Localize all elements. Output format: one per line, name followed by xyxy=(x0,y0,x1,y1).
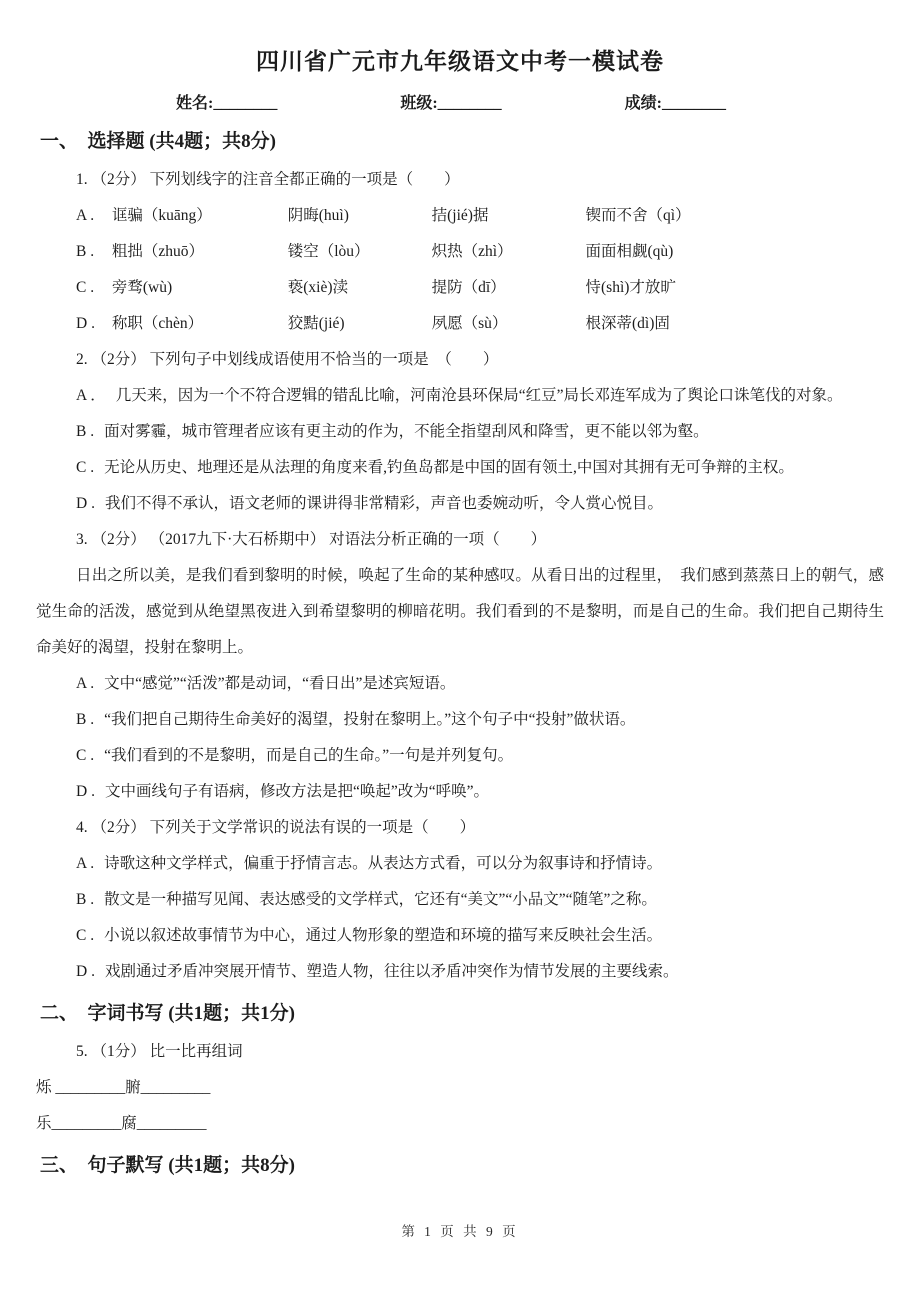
pinyin-item: 根深蒂(dì)固 xyxy=(586,306,670,342)
q4-option-c: C .小说以叙述故事情节为中心，通过人物形象的塑造和环境的描写来反映社会生活。 xyxy=(36,918,884,954)
option-letter: D . xyxy=(76,306,108,342)
pinyin-item: 粗拙（zhuō） xyxy=(112,234,284,270)
question-3-passage: 日出之所以美，是我们看到黎明的时候，唤起了生命的某种感叹。从看日出的过程里， 我… xyxy=(36,558,884,666)
question-1-stem: 1. （2分） 下列划线字的注音全都正确的一项是（ ） xyxy=(36,162,884,198)
q1-option-row-d: D . 称职（chèn） 狡黠(jié) 夙愿（sù） 根深蒂(dì)固 xyxy=(36,306,884,342)
score-field: 成绩:________ xyxy=(625,90,726,118)
pinyin-item: 锲而不舍（qì） xyxy=(586,198,691,234)
question-5-stem: 5. （1分） 比一比再组词 xyxy=(36,1034,884,1070)
section-2-heading: 二、 字词书写 (共1题；共1分) xyxy=(40,994,884,1034)
option-letter: D . xyxy=(76,783,95,800)
option-text: 散文是一种描写见闻、表达感受的文学样式，它还有“美文”“小品文”“随笔”之称。 xyxy=(104,891,657,908)
option-letter: A . xyxy=(76,855,94,872)
option-letter: B . xyxy=(76,711,94,728)
option-text: 我们不得不承认，语文老师的课讲得非常精彩，声音也委婉动听，令人赏心悦目。 xyxy=(105,495,663,512)
pinyin-item: 诓骗（kuāng） xyxy=(112,198,284,234)
section-3-heading: 三、 句子默写 (共1题；共8分) xyxy=(40,1146,884,1186)
option-letter: D . xyxy=(76,963,95,980)
option-letter: D . xyxy=(76,495,95,512)
pinyin-item: 面面相觑(qù) xyxy=(586,234,674,270)
option-letter: A ． xyxy=(76,387,106,404)
option-text: 无论从历史、地理还是从法理的角度来看,钓鱼岛都是中国的固有领土,中国对其拥有无可… xyxy=(104,459,794,476)
footer-page-indicator: 第 1 页 共 9 页 xyxy=(0,1220,920,1240)
option-letter: B . xyxy=(76,891,94,908)
q2-option-d: D .我们不得不承认，语文老师的课讲得非常精彩，声音也委婉动听，令人赏心悦目。 xyxy=(36,486,884,522)
exam-paper-page: 四川省广元市九年级语文中考一模试卷 姓名:________ 班级:_______… xyxy=(0,0,920,1302)
q2-option-c: C .无论从历史、地理还是从法理的角度来看,钓鱼岛都是中国的固有领土,中国对其拥… xyxy=(36,450,884,486)
q2-option-b: B .面对雾霾，城市管理者应该有更主动的作为，不能全指望刮风和降雪，更不能以邻为… xyxy=(36,414,884,450)
q1-option-row-b: B . 粗拙（zhuō） 镂空（lòu） 炽热（zhì） 面面相觑(qù) xyxy=(36,234,884,270)
question-2-stem: 2. （2分） 下列句子中划线成语使用不恰当的一项是 （ ） xyxy=(36,342,884,378)
option-text: 几天来，因为一个不符合逻辑的错乱比喻，河南沧县环保局“红豆”局长邓连军成为了舆论… xyxy=(116,387,843,404)
pinyin-item: 拮(jié)据 xyxy=(432,198,582,234)
q1-option-row-a: A . 诓骗（kuāng） 阴晦(huì) 拮(jié)据 锲而不舍（qì） xyxy=(36,198,884,234)
student-info-row: 姓名:________ 班级:________ 成绩:________ xyxy=(36,80,884,118)
q3-option-d: D .文中画线句子有语病，修改方法是把“唤起”改为“呼唤”。 xyxy=(36,774,884,810)
option-letter: A . xyxy=(76,198,108,234)
q1-option-row-c: C . 旁骛(wù) 亵(xiè)渎 提防（dī） 恃(shì)才放旷 xyxy=(36,270,884,306)
option-letter: C . xyxy=(76,747,94,764)
pinyin-item: 旁骛(wù) xyxy=(112,270,284,306)
q4-option-b: B .散文是一种描写见闻、表达感受的文学样式，它还有“美文”“小品文”“随笔”之… xyxy=(36,882,884,918)
option-text: “我们把自己期待生命美好的渴望，投射在黎明上。”这个句子中“投射”做状语。 xyxy=(104,711,635,728)
name-field: 姓名:________ xyxy=(176,90,277,118)
option-text: 诗歌这种文学样式，偏重于抒情言志。从表达方式看，可以分为叙事诗和抒情诗。 xyxy=(104,855,662,872)
pinyin-item: 夙愿（sù） xyxy=(432,306,582,342)
section-1-heading: 一、 选择题 (共4题；共8分) xyxy=(40,122,884,162)
option-letter: C . xyxy=(76,927,94,944)
pinyin-item: 炽热（zhì） xyxy=(432,234,582,270)
pinyin-item: 称职（chèn） xyxy=(112,306,284,342)
option-text: 文中“感觉”“活泼”都是动词，“看日出”是述宾短语。 xyxy=(104,675,455,692)
question-3-stem: 3. （2分） （2017九下·大石桥期中） 对语法分析正确的一项（ ） xyxy=(36,522,884,558)
word-pair-row-2: 乐_________腐_________ xyxy=(36,1106,884,1142)
q3-option-a: A .文中“感觉”“活泼”都是动词，“看日出”是述宾短语。 xyxy=(36,666,884,702)
word-pair-row-1: 烁 _________腑_________ xyxy=(36,1070,884,1106)
option-text: 小说以叙述故事情节为中心，通过人物形象的塑造和环境的描写来反映社会生活。 xyxy=(104,927,662,944)
q3-option-b: B .“我们把自己期待生命美好的渴望，投射在黎明上。”这个句子中“投射”做状语。 xyxy=(36,702,884,738)
q3-option-c: C .“我们看到的不是黎明，而是自己的生命。”一句是并列复句。 xyxy=(36,738,884,774)
q2-option-a: A ．几天来，因为一个不符合逻辑的错乱比喻，河南沧县环保局“红豆”局长邓连军成为… xyxy=(36,378,884,414)
option-letter: B . xyxy=(76,234,108,270)
q4-option-a: A .诗歌这种文学样式，偏重于抒情言志。从表达方式看，可以分为叙事诗和抒情诗。 xyxy=(36,846,884,882)
option-letter: B . xyxy=(76,423,94,440)
page-title: 四川省广元市九年级语文中考一模试卷 xyxy=(36,44,884,80)
pinyin-item: 阴晦(huì) xyxy=(288,198,428,234)
pinyin-item: 狡黠(jié) xyxy=(288,306,428,342)
option-letter: C . xyxy=(76,459,94,476)
option-text: “我们看到的不是黎明，而是自己的生命。”一句是并列复句。 xyxy=(104,747,513,764)
q4-option-d: D .戏剧通过矛盾冲突展开情节、塑造人物，往往以矛盾冲突作为情节发展的主要线索。 xyxy=(36,954,884,990)
pinyin-item: 亵(xiè)渎 xyxy=(288,270,428,306)
option-letter: A . xyxy=(76,675,94,692)
pinyin-item: 恃(shì)才放旷 xyxy=(586,270,676,306)
option-text: 面对雾霾，城市管理者应该有更主动的作为，不能全指望刮风和降雪，更不能以邻为壑。 xyxy=(104,423,709,440)
pinyin-item: 提防（dī） xyxy=(432,270,582,306)
option-letter: C . xyxy=(76,270,108,306)
option-text: 戏剧通过矛盾冲突展开情节、塑造人物，往往以矛盾冲突作为情节发展的主要线索。 xyxy=(105,963,679,980)
question-4-stem: 4. （2分） 下列关于文学常识的说法有误的一项是（ ） xyxy=(36,810,884,846)
pinyin-item: 镂空（lòu） xyxy=(288,234,428,270)
option-text: 文中画线句子有语病，修改方法是把“唤起”改为“呼唤”。 xyxy=(105,783,489,800)
class-field: 班级:________ xyxy=(400,90,501,118)
